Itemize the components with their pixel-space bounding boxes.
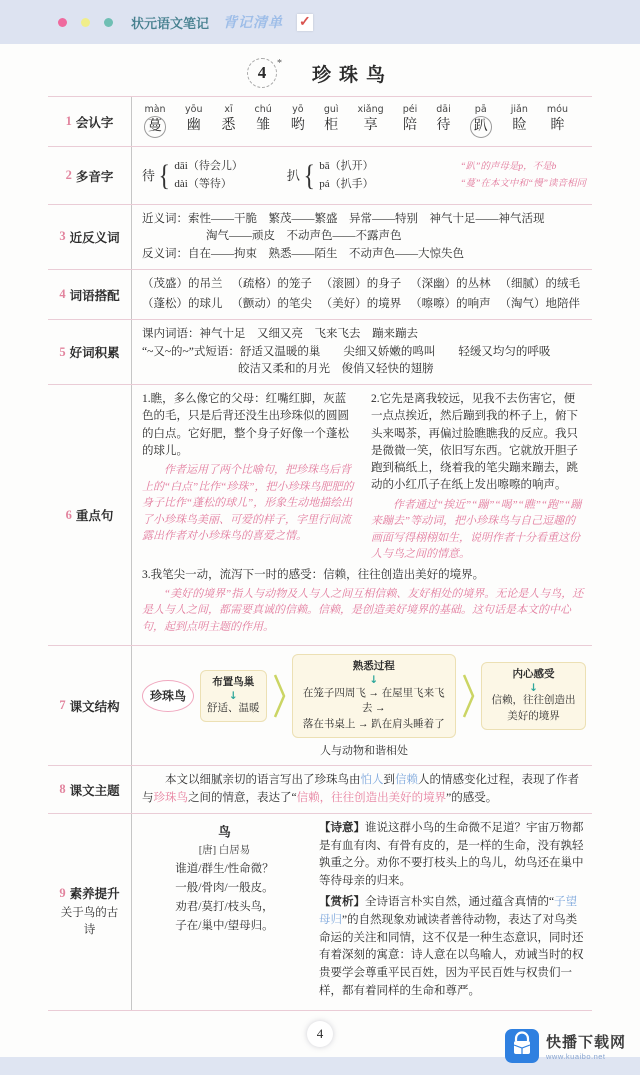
row-label: 7课文结构 [48,646,132,765]
row-number: 1 [66,114,72,129]
hanzi-cell: dāi待 [436,105,451,138]
handwritten-notes: “趴”的声母是p，不是b “蔓”在本文中和“慢”读音相同 [460,160,586,191]
row-synonyms-antonyms: 3近反义词 近义词：索性——干脆 繁茂——繁盛 异常——特别 神气十足——神气活… [48,205,592,270]
row-title: 重点句 [76,506,114,524]
row-number: 8 [59,782,65,797]
row-content: 1.瞧，多么像它的父母：红嘴红脚，灰蓝色的毛，只是后背还没生出珍珠似的圆圆的白点… [132,385,592,645]
hanzi-cell: pā趴 [470,105,492,138]
row-characters-to-recognize: 1会认字 màn蔓 yōu幽 xī悉 chú雏 yō哟 guì柜 xiǎng享 … [48,97,592,147]
key-sentence-1: 1.瞧，多么像它的父母：红嘴红脚，灰蓝色的毛，只是后背还没生出珍珠似的圆圆的白点… [142,391,357,567]
row-number: 6 [66,508,72,523]
brace-glyph: { [303,153,315,198]
row-text-theme: 8课文主题 本文以细腻亲切的语言写出了珍珠鸟由怕人到信赖人的情感变化过程，表现了… [48,766,592,814]
hanzi-cell: yō哟 [291,105,305,138]
teacher-note: 作者通过“挨近”“蹦”“喝”“瞧”“跑”“蹦来蹦去”等动词，把小珍珠鸟与自己逗趣… [371,497,586,563]
diagram-block-nest: 布置鸟巢 ↓ 舒适、温暖 [200,670,267,722]
hanzi-cell: jiǎn睑 [511,105,528,138]
row-label: 6重点句 [48,385,132,645]
diagram-caption: 人与动物和谐相处 [142,743,586,760]
lesson-star: * [277,58,282,69]
row-number: 2 [66,168,72,183]
row-title: 词语搭配 [70,286,120,304]
polyphonic-group: 待 { dāi（待会儿） dài（等待） [142,153,243,198]
chevron-divider-icon [273,672,286,720]
chevron-divider-icon [462,672,475,720]
brace-glyph: { [158,153,170,198]
notes-table: 1会认字 màn蔓 yōu幽 xī悉 chú雏 yō哟 guì柜 xiǎng享 … [48,96,592,1011]
notebook-banner: 背记清单 [223,12,283,32]
site-name: 快播下载网 [546,1031,626,1052]
row-label: 9素养提升 关于鸟的古诗 [48,814,132,1010]
structure-diagram: 珍珠鸟 布置鸟巢 ↓ 舒适、温暖 熟悉过程 ↓ 在笼子四周飞 → 在屋里飞来飞去… [142,652,586,740]
theme-paragraph: 本文以细腻亲切的语言写出了珍珠鸟由怕人到信赖人的情感变化过程，表现了作者与珍珠鸟… [142,772,586,807]
row-label: 5好词积累 [48,320,132,384]
diagram-block-feeling: 内心感受 ↓ 信赖，往往创造出美好的境界 [481,662,586,730]
row-title: 素养提升 [70,884,120,902]
row-word-collocations: 4词语搭配 （茂盛）的吊兰 （疏格）的笼子 （滚圆）的身子 （深幽）的丛林 （细… [48,270,592,321]
row-content: （茂盛）的吊兰 （疏格）的笼子 （滚圆）的身子 （深幽）的丛林 （细腻）的绒毛 … [132,270,592,320]
row-number: 9 [59,886,65,901]
row-content: 待 { dāi（待会儿） dài（等待） 扒 { bā（扒开） pá（扒手） [132,147,592,204]
row-content: 本文以细腻亲切的语言写出了珍珠鸟由怕人到信赖人的情感变化过程，表现了作者与珍珠鸟… [132,766,592,813]
hanzi-cell: yōu幽 [185,105,202,138]
lesson-title-block: 4* 珍珠鸟 [48,44,592,96]
hanzi-cell: màn蔓 [144,105,166,138]
row-title: 多音字 [76,167,114,185]
diagram-subject-bubble: 珍珠鸟 [142,680,194,712]
row-literacy-improvement: 9素养提升 关于鸟的古诗 鸟 [唐] 白居易 谁道/群生/性命微？ 一般/骨肉/… [48,814,592,1011]
polyphonic-group: 扒 { bā（扒开） pá（扒手） [287,153,374,198]
row-content: màn蔓 yōu幽 xī悉 chú雏 yō哟 guì柜 xiǎng享 péi陪 … [132,97,592,146]
row-polyphonic-characters: 2多音字 待 { dāi（待会儿） dài（等待） 扒 { [48,147,592,205]
row-label: 1会认字 [48,97,132,146]
row-content: 近义词：索性——干脆 繁茂——繁盛 异常——特别 神气十足——神气活现 淘气——… [132,205,592,269]
pinyin-character-list: màn蔓 yōu幽 xī悉 chú雏 yō哟 guì柜 xiǎng享 péi陪 … [142,103,586,140]
checkmark-icon: ✓ [297,14,313,31]
yellow-dot-icon [81,18,90,27]
key-sentence-2: 2.它先是离我较远，见我不去伤害它，便一点点挨近，然后蹦到我的杯子上，俯下头来喝… [371,391,586,567]
site-watermark: 快播下载网 www.kuaibo.net [505,1029,626,1063]
notebook-brand: 状元语文笔记 [131,13,209,32]
hanzi-cell: xiǎng享 [358,105,384,138]
row-label: 8课文主题 [48,766,132,813]
row-title: 近反义词 [70,228,120,246]
bird-poem: 鸟 [唐] 白居易 谁道/群生/性命微？ 一般/骨肉/一般皮。 劝君/莫打/枝头… [142,820,307,1004]
row-label: 3近反义词 [48,205,132,269]
row-text-structure: 7课文结构 珍珠鸟 布置鸟巢 ↓ 舒适、温暖 熟悉过程 ↓ 在笼子四周飞 → 在… [48,646,592,766]
row-title: 好词积累 [70,343,120,361]
poem-meaning: 【诗意】谁说这群小鸟的生命微不足道？宇宙万物都是有血有肉、有骨有皮的，是一样的生… [319,820,586,891]
row-label: 2多音字 [48,147,132,204]
site-url: www.kuaibo.net [546,1052,626,1061]
row-content: 珍珠鸟 布置鸟巢 ↓ 舒适、温暖 熟悉过程 ↓ 在笼子四周飞 → 在屋里飞来飞去… [132,646,592,765]
key-sentence-3: 3.我笔尖一动，流泻下一时的感受：信赖，往往创造出美好的境界。 “美好的境界”指… [142,567,586,636]
row-content: 鸟 [唐] 白居易 谁道/群生/性命微？ 一般/骨肉/一般皮。 劝君/莫打/枝头… [132,814,592,1010]
row-good-words: 5好词积累 课内词语：神气十足 又细又亮 飞来飞去 蹦来蹦去 “~又~的~”式短… [48,320,592,385]
row-number: 3 [59,229,65,244]
hanzi-cell: xī悉 [222,105,236,138]
row-number: 5 [59,345,65,360]
page-number: 4 [307,1021,333,1047]
down-arrow-icon: ↓ [299,675,449,686]
row-subtitle: 关于鸟的古诗 [61,905,119,940]
row-title: 课文结构 [70,697,120,715]
row-content: 课内词语：神气十足 又细又亮 飞来飞去 蹦来蹦去 “~又~的~”式短语：舒适又温… [132,320,592,384]
down-arrow-icon: ↓ [207,691,260,702]
hanzi-cell: péi陪 [403,105,418,138]
poem-appreciation: 【赏析】全诗语言朴实自然，通过蕴含真情的“子望母归”的自然现象劝诫读者善待动物，… [319,894,586,1001]
poem-explanation: 【诗意】谁说这群小鸟的生命微不足道？宇宙万物都是有血有肉、有骨有皮的，是一样的生… [319,820,586,1004]
teacher-note: “美好的境界”指人与动物及人与人之间互相信赖、友好相处的境界。无论是人与鸟，还是… [142,586,586,636]
notes-page: 4* 珍珠鸟 1会认字 màn蔓 yōu幽 xī悉 chú雏 yō哟 guì柜 … [0,44,640,1057]
notebook-header-band: 状元语文笔记 背记清单 ✓ [0,0,640,44]
row-key-sentences: 6重点句 1.瞧，多么像它的父母：红嘴红脚，灰蓝色的毛，只是后背还没生出珍珠似的… [48,385,592,646]
teacher-note: 作者运用了两个比喻句，把珍珠鸟后背上的“白点”比作“珍珠”，把小珍珠鸟肥肥的身子… [142,462,357,545]
row-number: 4 [59,287,65,302]
hanzi-cell: guì柜 [324,105,339,138]
hanzi-cell: móu眸 [547,105,568,138]
teal-dot-icon [104,18,113,27]
hanzi-cell: chú雏 [255,105,272,138]
lesson-number: 4 [247,58,277,88]
row-title: 会认字 [76,113,114,131]
site-logo-icon [505,1029,539,1063]
diagram-block-process: 熟悉过程 ↓ 在笼子四周飞 → 在屋里飞来飞去 → 落在书桌上 → 趴在肩头睡着… [292,654,456,738]
pink-dot-icon [58,18,67,27]
row-label: 4词语搭配 [48,270,132,320]
down-arrow-icon: ↓ [488,683,579,694]
row-title: 课文主题 [70,781,120,799]
lesson-title: 珍珠鸟 [312,65,393,86]
row-number: 7 [59,698,65,713]
